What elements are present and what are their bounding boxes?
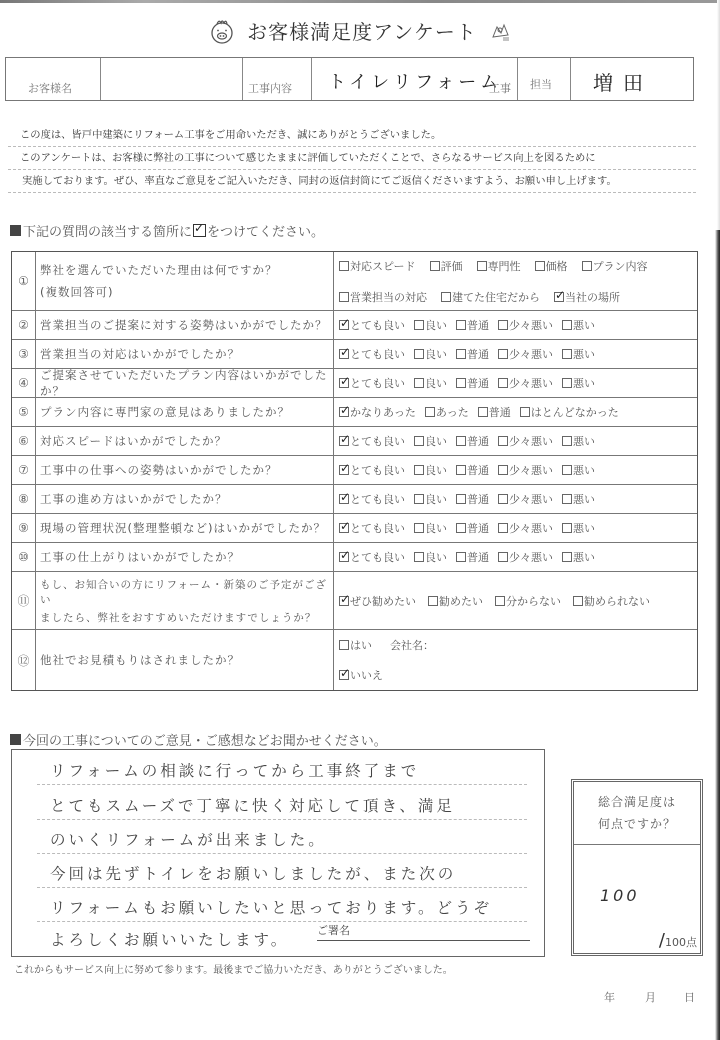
checkbox-checked[interactable] [339,320,349,330]
checkbox-checked[interactable] [339,407,349,417]
option-bad[interactable]: 悪い [562,549,595,565]
checkbox[interactable] [339,261,349,271]
question-row-10: ⑩ 工事の仕上がりはいかがでしたか？ とても良い 良い 普通 少々悪い 悪い [12,543,697,572]
work-content-field[interactable]: トイレリフォーム 工事 [312,58,518,100]
rule-line [37,921,527,922]
option-good[interactable]: 良い [414,520,447,536]
question-number: ⑥ [12,427,36,455]
option-bad[interactable]: 悪い [562,491,595,507]
score-max: /100点 [659,930,697,951]
comment-line-6: よろしくお願いいたします。 [50,928,289,950]
answer-options: とても良い 良い 普通 少々悪い 悪い [334,456,697,484]
option-definitely-recommend[interactable]: ぜひ勧めたい [339,593,416,609]
option-very-good[interactable]: とても良い [339,462,405,478]
staff-label: 担当 [530,76,552,92]
option-somewhat-bad[interactable]: 少々悪い [498,346,553,362]
decorative-figure-icon [489,21,511,41]
question-row-2: ② 営業担当のご提案に対する姿勢はいかがでしたか？ とても良い 良い 普通 少々… [12,311,697,340]
work-content-label-cell: 工事内容 [243,58,312,100]
option-somewhat-bad[interactable]: 少々悪い [498,462,553,478]
option-somewhat-bad[interactable]: 少々悪い [498,375,553,391]
checkbox[interactable] [562,349,572,359]
answer-options: とても良い 良い 普通 少々悪い 悪い [334,543,697,571]
checkbox[interactable] [562,523,572,533]
checkbox[interactable] [562,494,572,504]
answer-options: とても良い 良い 普通 少々悪い 悪い [334,311,697,339]
question-text: 工事の仕上がりはいかがでしたか？ [36,543,334,571]
option-reputation[interactable]: 評価 [430,258,463,274]
option-very-good[interactable]: とても良い [339,346,405,362]
checkbox[interactable] [495,596,505,606]
rule-line [37,784,527,785]
question-number: ③ [12,340,36,368]
question-number: ⑤ [12,398,36,426]
checkbox[interactable] [425,407,435,417]
overall-score-box: 総合満足度は 何点ですか？ 100 /100点 [571,779,703,956]
option-location[interactable]: 当社の場所 [554,289,620,305]
question-row-7: ⑦ 工事中の仕事への姿勢はいかがでしたか？ とても良い 良い 普通 少々悪い 悪… [12,456,697,485]
option-very-good[interactable]: とても良い [339,317,405,333]
question-text: ご提案させていただいたプラン内容はいかがでしたか？ [36,369,334,397]
checkbox[interactable] [430,261,440,271]
checkbox[interactable] [478,407,488,417]
option-somewhat-bad[interactable]: 少々悪い [498,549,553,565]
closing-text: これからもサービス向上に努めて参ります。最後までご協力いただき、ありがとうござい… [14,961,453,976]
rule-line [37,819,527,820]
answer-options: とても良い 良い 普通 少々悪い 悪い [334,369,697,397]
question-text: もし、お知合いの方にリフォーム・新築のご予定がござい ましたら、弊社をおすすめい… [36,572,334,629]
question-text: 対応スピードはいかがでしたか？ [36,427,334,455]
comment-line-3: のいくリフォームが出来ました。 [50,828,327,850]
question-text: 工事の進め方はいかがでしたか？ [36,485,334,513]
comments-heading: 今回の工事についてのご意見・ご感想などお聞かせください。 [10,730,387,749]
intro-text: この度は、皆戸中建築にリフォーム工事をご用命いただき、誠にありがとうございました… [8,124,696,193]
checkbox[interactable] [562,378,572,388]
score-value[interactable]: 100 [600,886,640,905]
option-built-house[interactable]: 建てた住宅だから [441,289,540,305]
customer-name-label-cell: お客様名 [6,58,101,100]
comment-line-4: 今回は先ずトイレをお願いしましたが、また次の [50,862,456,884]
answer-options: ぜひ勧めたい 勧めたい 分からない 勧められない [334,572,697,629]
option-average[interactable]: 普通 [456,375,489,391]
question-row-6: ⑥ 対応スピードはいかがでしたか？ とても良い 良い 普通 少々悪い 悪い [12,427,697,456]
scan-edge-right [715,230,720,1040]
checkbox[interactable] [456,378,466,388]
checkbox[interactable] [456,436,466,446]
checkbox[interactable] [498,378,508,388]
option-good[interactable]: 良い [414,491,447,507]
option-average[interactable]: 普通 [456,549,489,565]
question-text: 現場の管理状況(整理整頓など)はいかがでしたか？ [36,514,334,542]
option-somewhat-bad[interactable]: 少々悪い [498,317,553,333]
score-question: 総合満足度は 何点ですか？ [574,782,700,845]
checkbox-sample-icon [193,224,206,237]
checkbox[interactable] [441,292,451,302]
checkbox-checked[interactable] [339,523,349,533]
option-very-good[interactable]: とても良い [339,375,405,391]
rule-line [37,887,527,888]
customer-name-label: お客様名 [28,80,72,96]
question-row-5: ⑤ プラン内容に専門家の意見はありましたか？ かなりあった あった 普通 はとん… [12,398,697,427]
checkbox[interactable] [498,320,508,330]
option-bad[interactable]: 悪い [562,520,595,536]
staff-label-cell: 担当 [518,58,571,100]
page-title: お客様満足度アンケート [247,16,477,45]
option-bad[interactable]: 悪い [562,433,595,449]
checkbox[interactable] [414,523,424,533]
comment-line-2: とてもスムーズで丁寧に快く対応して頂き、満足 [50,794,455,816]
checkbox[interactable] [414,465,424,475]
signature-field[interactable] [317,940,530,941]
option-somewhat-bad[interactable]: 少々悪い [498,491,553,507]
question-number: ⑪ [12,572,36,629]
option-speed[interactable]: 対応スピード [339,258,416,274]
staff-value: 増田 [593,67,653,96]
option-bad[interactable]: 悪い [562,375,595,391]
comment-line-5: リフォームもお願いしたいと思っております。どうぞ [50,896,492,918]
checkbox-checked[interactable] [339,378,349,388]
question-row-1: ① 弊社を選んでいただいた理由は何ですか？ (複数回答可) 対応スピード 評価 … [12,252,697,311]
option-cannot-recommend[interactable]: 勧められない [573,593,650,609]
checkbox[interactable] [562,465,572,475]
option-good[interactable]: 良い [414,375,447,391]
option-plan[interactable]: プラン内容 [582,258,648,274]
checkbox[interactable] [562,552,572,562]
option-average[interactable]: 普通 [478,404,511,420]
signature-label: ご署名 [317,922,350,938]
option-very-good[interactable]: とても良い [339,491,405,507]
checkbox[interactable] [498,436,508,446]
intro-line-1: この度は、皆戸中建築にリフォーム工事をご用命いただき、誠にありがとうございました… [8,124,696,147]
checkbox[interactable] [456,349,466,359]
company-name-label: 会社名： [390,637,434,653]
question-row-4: ④ ご提案させていただいたプラン内容はいかがでしたか？ とても良い 良い 普通 … [12,369,697,398]
checkbox[interactable] [456,465,466,475]
checkbox[interactable] [562,436,572,446]
intro-line-3: 実施しております。ぜひ、率直なご意見をご記入いただき、同封の返信封筒にてご返信く… [8,170,696,193]
option-price[interactable]: 価格 [535,258,568,274]
option-not-sure[interactable]: 分からない [495,593,561,609]
question-text: 営業担当のご提案に対する姿勢はいかがでしたか？ [36,311,334,339]
square-bullet-icon [10,225,21,236]
comment-box[interactable]: リフォームの相談に行ってから工事終了まで とてもスムーズで丁寧に快く対応して頂き… [11,749,545,957]
question-row-12: ⑫ 他社でお見積もりはされましたか？ はい 会社名： いいえ [12,630,697,690]
question-number: ② [12,311,36,339]
checkbox[interactable] [498,494,508,504]
checkbox-checked[interactable] [339,349,349,359]
question-number: ① [12,252,36,310]
question-number: ⑧ [12,485,36,513]
question-number: ⑫ [12,630,36,690]
checkbox[interactable] [498,349,508,359]
checkbox[interactable] [535,261,545,271]
square-bullet-icon [10,734,21,745]
checkbox-checked[interactable] [554,292,564,302]
option-bad[interactable]: 悪い [562,346,595,362]
option-very-good[interactable]: とても良い [339,520,405,536]
checkbox[interactable] [339,292,349,302]
work-content-value: トイレリフォーム [328,68,502,94]
option-good[interactable]: 良い [414,549,447,565]
comment-line-1: リフォームの相談に行ってから工事終了まで [50,759,419,781]
question-text: 弊社を選んでいただいた理由は何ですか？ (複数回答可) [36,252,334,310]
checkbox[interactable] [428,596,438,606]
answer-options: かなりあった あった 普通 はとんどなかった [334,398,697,426]
option-recommend[interactable]: 勧めたい [428,593,483,609]
question-row-3: ③ 営業担当の対応はいかがでしたか？ とても良い 良い 普通 少々悪い 悪い [12,340,697,369]
option-good[interactable]: 良い [414,317,447,333]
checkbox-checked[interactable] [339,596,349,606]
option-average[interactable]: 普通 [456,491,489,507]
instruction-heading: 下記の質問の該当する箇所に をつけてください。 [10,221,324,240]
question-text: 工事中の仕事への姿勢はいかがでしたか？ [36,456,334,484]
checkbox[interactable] [573,596,583,606]
checkbox[interactable] [498,552,508,562]
checkbox[interactable] [477,261,487,271]
checkbox[interactable] [456,494,466,504]
checkbox[interactable] [498,523,508,533]
checkbox[interactable] [414,349,424,359]
question-text: プラン内容に専門家の意見はありましたか？ [36,398,334,426]
header-info-table: お客様名 工事内容 トイレリフォーム 工事 担当 増田 [5,57,694,101]
option-yes[interactable]: はい [339,637,372,653]
answer-options: とても良い 良い 普通 少々悪い 悪い [334,340,697,368]
question-number: ⑨ [12,514,36,542]
answer-options: とても良い 良い 普通 少々悪い 悪い [334,427,697,455]
checkbox[interactable] [456,552,466,562]
option-hardly-any[interactable]: はとんどなかった [520,404,619,420]
question-row-8: ⑧ 工事の進め方はいかがでしたか？ とても良い 良い 普通 少々悪い 悪い [12,485,697,514]
question-row-9: ⑨ 現場の管理状況(整理整頓など)はいかがでしたか？ とても良い 良い 普通 少… [12,514,697,543]
checkbox[interactable] [456,320,466,330]
option-good[interactable]: 良い [414,433,447,449]
date-month-label: 月 [645,989,656,1005]
checkbox[interactable] [414,552,424,562]
question-text: 営業担当の対応はいかがでしたか？ [36,340,334,368]
scan-edge-top [0,0,720,3]
option-bad[interactable]: 悪い [562,317,595,333]
date-year-label: 年 [604,989,615,1005]
work-content-label: 工事内容 [248,80,292,96]
checkbox-checked[interactable] [339,670,349,680]
title-area: お客様満足度アンケート [0,16,720,48]
option-sales-response[interactable]: 営業担当の対応 [339,289,427,305]
checkbox[interactable] [339,640,349,650]
option-average[interactable]: 普通 [456,346,489,362]
option-average[interactable]: 普通 [456,433,489,449]
option-no[interactable]: いいえ [339,667,383,683]
checkbox-checked[interactable] [339,552,349,562]
intro-line-2: このアンケートは、お客様に弊社の工事について感じたままに評価していただくことで、… [8,147,696,170]
questions-table: ① 弊社を選んでいただいた理由は何ですか？ (複数回答可) 対応スピード 評価 … [11,251,698,691]
question-row-11: ⑪ もし、お知合いの方にリフォーム・新築のご予定がござい ましたら、弊社をおすす… [12,572,697,630]
rule-line [37,853,527,854]
checkbox[interactable] [414,378,424,388]
option-average[interactable]: 普通 [456,317,489,333]
option-good[interactable]: 良い [414,462,447,478]
checkbox[interactable] [582,261,592,271]
option-somewhat-bad[interactable]: 少々悪い [498,433,553,449]
option-good[interactable]: 良い [414,346,447,362]
checkbox[interactable] [456,523,466,533]
option-quite-a-lot[interactable]: かなりあった [339,404,416,420]
checkbox[interactable] [562,320,572,330]
option-average[interactable]: 普通 [456,520,489,536]
question-text: 他社でお見積もりはされましたか？ [36,630,334,690]
checkbox[interactable] [414,320,424,330]
answer-options: とても良い 良い 普通 少々悪い 悪い [334,514,697,542]
question-number: ⑦ [12,456,36,484]
answer-options: はい 会社名： いいえ [334,630,697,690]
checkbox-checked[interactable] [339,494,349,504]
pig-mascot-icon [209,18,235,44]
answer-options: 対応スピード 評価 専門性 価格 プラン内容 営業担当の対応 建てた住宅だから … [334,252,697,310]
checkbox[interactable] [498,465,508,475]
option-somewhat-bad[interactable]: 少々悪い [498,520,553,536]
checkbox[interactable] [520,407,530,417]
option-expertise[interactable]: 専門性 [477,258,521,274]
date-day-label: 日 [684,989,695,1005]
option-average[interactable]: 普通 [456,462,489,478]
answer-options: とても良い 良い 普通 少々悪い 悪い [334,485,697,513]
checkbox[interactable] [414,494,424,504]
checkbox[interactable] [414,436,424,446]
question-number: ⑩ [12,543,36,571]
checkbox-checked[interactable] [339,465,349,475]
question-number: ④ [12,369,36,397]
checkbox-checked[interactable] [339,436,349,446]
option-very-good[interactable]: とても良い [339,549,405,565]
option-some[interactable]: あった [425,404,469,420]
work-suffix-label: 工事 [489,80,511,96]
option-bad[interactable]: 悪い [562,462,595,478]
option-very-good[interactable]: とても良い [339,433,405,449]
customer-name-field[interactable] [101,58,243,100]
staff-field[interactable]: 増田 [571,58,693,100]
